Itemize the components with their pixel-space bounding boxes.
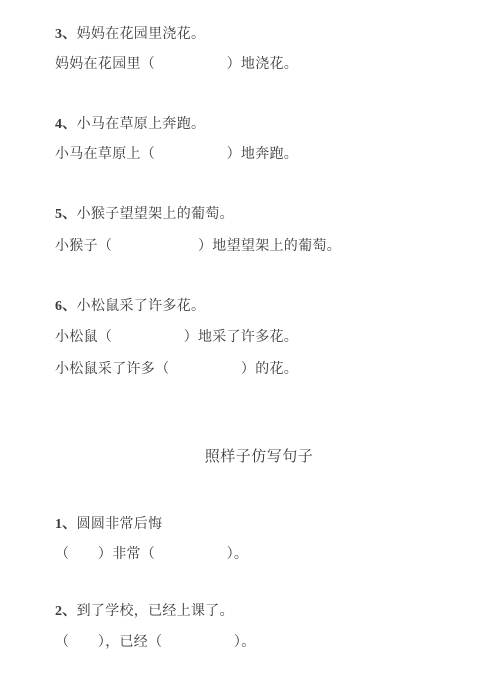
question-5: 5、小猴子望望架上的葡萄。 xyxy=(55,206,234,224)
question-3: 3、妈妈在花园里浇花。 xyxy=(55,26,205,44)
question-4-prompt: 小马在草原上奔跑。 xyxy=(77,117,206,132)
question-6: 6、小松鼠采了许多花。 xyxy=(55,298,205,316)
question-6-blank-line-1: 小松鼠（ ）地采了许多花。 xyxy=(55,329,298,347)
section-title: 照样子仿写句子 xyxy=(18,448,500,467)
imitation-question-1-number: 1、 xyxy=(55,517,77,532)
imitation-question-1-blank-line: （ ）非常（ ）。 xyxy=(55,546,248,564)
question-5-blank-line: 小猴子（ ）地望望架上的葡萄。 xyxy=(55,238,341,256)
worksheet-page: 3、妈妈在花园里浇花。 妈妈在花园里（ ）地浇花。 4、小马在草原上奔跑。 小马… xyxy=(0,0,500,679)
question-6-number: 6、 xyxy=(55,299,77,314)
imitation-question-2-blank-line: （ ），已经（ ）。 xyxy=(55,634,256,652)
imitation-question-2-prompt: 到了学校，已经上课了。 xyxy=(77,604,234,619)
imitation-question-2: 2、到了学校，已经上课了。 xyxy=(55,603,234,621)
question-3-prompt: 妈妈在花园里浇花。 xyxy=(77,27,206,42)
imitation-question-2-number: 2、 xyxy=(55,604,77,619)
question-3-blank-line: 妈妈在花园里（ ）地浇花。 xyxy=(55,56,298,74)
question-3-number: 3、 xyxy=(55,27,77,42)
question-5-number: 5、 xyxy=(55,207,77,222)
question-4-number: 4、 xyxy=(55,117,77,132)
question-6-blank-line-2: 小松鼠采了许多（ ）的花。 xyxy=(55,361,298,379)
imitation-question-1-prompt: 圆圆非常后悔 xyxy=(77,517,163,532)
imitation-question-1: 1、圆圆非常后悔 xyxy=(55,516,162,534)
question-6-prompt: 小松鼠采了许多花。 xyxy=(77,299,206,314)
question-4: 4、小马在草原上奔跑。 xyxy=(55,116,205,134)
question-4-blank-line: 小马在草原上（ ）地奔跑。 xyxy=(55,146,298,164)
question-5-prompt: 小猴子望望架上的葡萄。 xyxy=(77,207,234,222)
